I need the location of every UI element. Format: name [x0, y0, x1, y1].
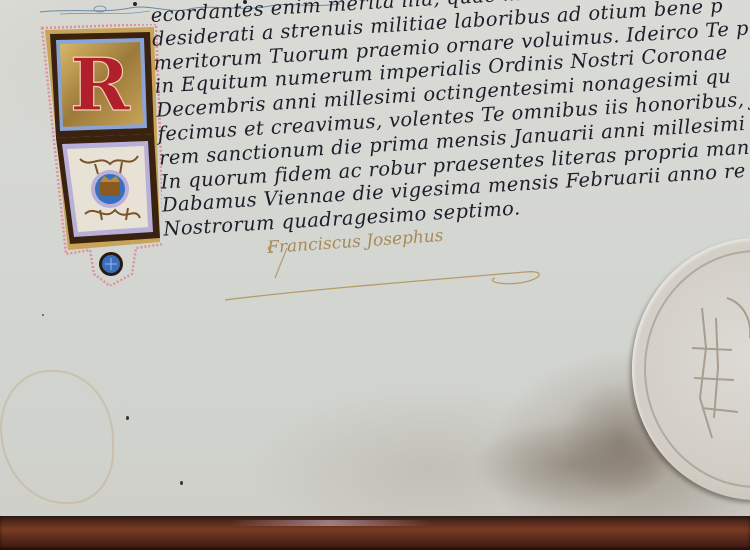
embossed-seal	[632, 238, 750, 500]
ink-speck	[180, 481, 183, 485]
ink-speck	[126, 416, 129, 420]
document-photo: R ecordantes enim merita illa, quae mune…	[0, 0, 750, 550]
wooden-frame	[0, 516, 750, 550]
signature-flourish-icon	[225, 232, 545, 307]
illuminated-initial-r-icon: R	[40, 24, 162, 286]
foxing-stain	[470, 420, 670, 510]
water-stain	[0, 370, 114, 504]
svg-text:R: R	[70, 42, 131, 127]
signature: Franciscus Josephus	[225, 232, 545, 307]
double-headed-eagle-icon	[672, 288, 750, 458]
ink-speck	[42, 314, 44, 316]
diploma-text: ecordantes enim merita illa, quae muneri…	[150, 0, 750, 242]
frame-highlight	[230, 520, 430, 526]
